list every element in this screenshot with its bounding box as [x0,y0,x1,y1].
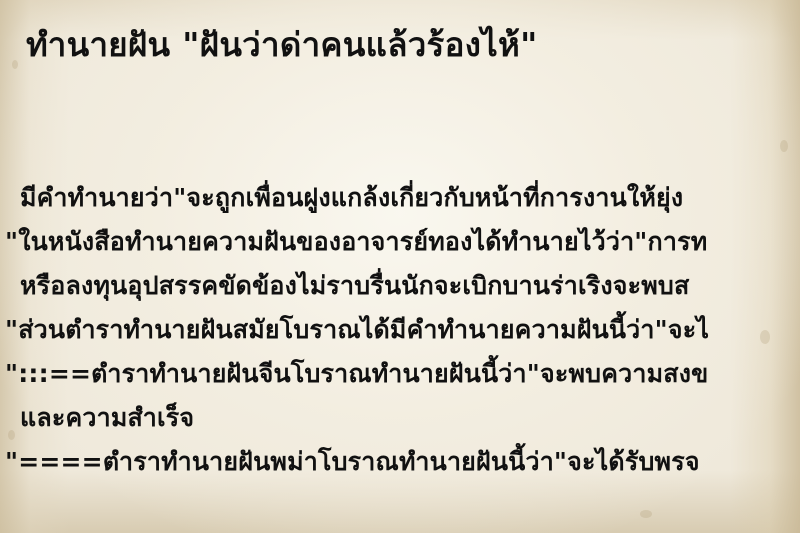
page-title: ทำนายฝัน "ฝันว่าด่าคนแล้วร้องไห้" [26,18,538,71]
paper-texture-speck [640,510,652,518]
text-line: "ส่วนตำราทำนายฝันสมัยโบราณได้มีคำทำนายคว… [5,315,709,345]
paper-texture-speck [780,140,788,152]
text-line: "====ตำราทำนายฝันพม่าโบราณทำนายฝันนี้ว่า… [5,447,700,477]
text-line: มีคำทำนายว่า"จะถูกเพื่อนฝูงแกล้งเกี่ยวกั… [20,183,683,213]
text-line: "ในหนังสือทำนายความฝันของอาจารย์ทองได้ทำ… [5,227,707,257]
paper-texture-speck [12,60,18,69]
text-line: ":::==ตำราทำนายฝันจีนโบราณทำนายฝันนี้ว่า… [5,359,708,389]
paper-texture-speck [8,430,15,440]
text-line: และความสำเร็จ [20,403,194,433]
paper-texture-speck [760,330,770,344]
text-line: หรือลงทุนอุปสรรคขัดข้องไม่ราบรื่นนักจะเบ… [20,271,689,301]
